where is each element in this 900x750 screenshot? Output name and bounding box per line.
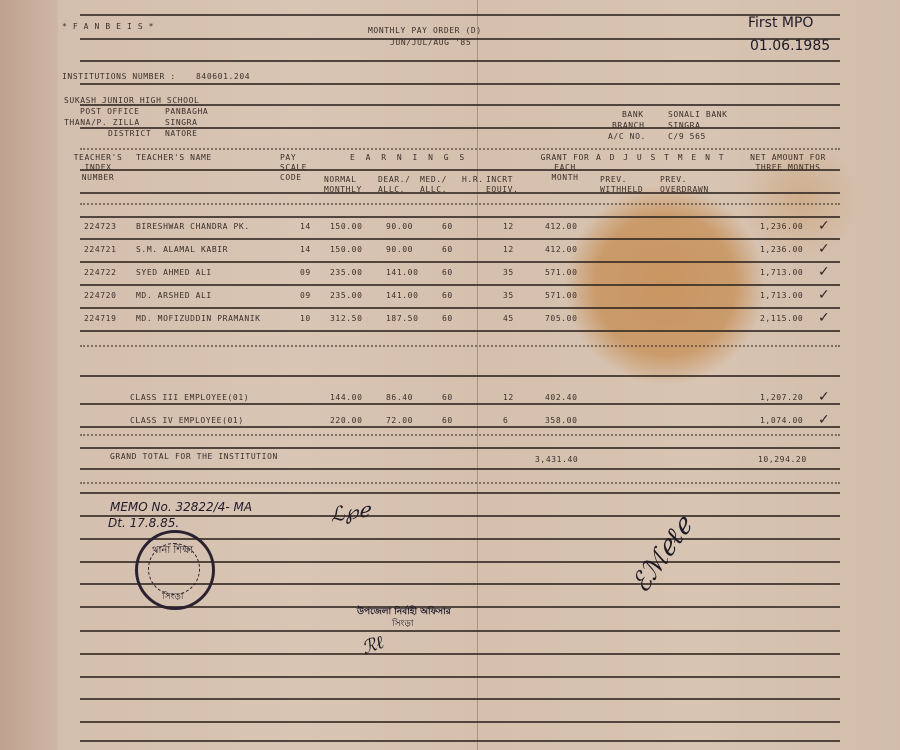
- row-dear-allc: 141.00: [386, 291, 419, 300]
- account-label: A/C NO.: [608, 132, 646, 141]
- class-grant: 402.40: [545, 393, 578, 402]
- class-employee-row: CLASS III EMPLOYEE(01)144.0086.406012402…: [0, 393, 900, 405]
- class-label: CLASS IV EMPLOYEE(01): [130, 416, 244, 425]
- row-index: 224720: [84, 291, 117, 300]
- row-name: MD. ARSHED ALI: [136, 291, 212, 300]
- signature-1: ℒ℘ℯ: [329, 497, 372, 526]
- office-code: * F A N B E I S *: [62, 22, 154, 31]
- header-pay-scale: PAY SCALE CODE: [280, 153, 324, 183]
- row-increment: 12: [503, 222, 514, 231]
- handwritten-date: 01.06.1985: [750, 38, 830, 54]
- row-net-amount: 1,236.00: [760, 222, 803, 231]
- header-grant: GRANT FOR EACH MONTH: [540, 153, 590, 183]
- header-house-rent: H.R.: [462, 175, 484, 184]
- signature-3: ℰℳℯℓℯ: [626, 512, 699, 599]
- row-index: 224723: [84, 222, 117, 231]
- class-normal-monthly: 144.00: [330, 393, 363, 402]
- grand-total-label: GRAND TOTAL FOR THE INSTITUTION: [110, 452, 278, 461]
- row-pay-scale: 14: [300, 222, 311, 231]
- post-office: PANBAGHA: [165, 107, 208, 116]
- account-number: C/9 565: [668, 132, 706, 141]
- class-net-amount: 1,207.20: [760, 393, 803, 402]
- header-normal-monthly: NORMAL MONTHLY: [324, 175, 372, 195]
- header-increment: INCRT EQUIV.: [486, 175, 526, 195]
- header-dear-allc: DEAR./ ALLC.: [378, 175, 416, 195]
- row-normal-monthly: 312.50: [330, 314, 363, 323]
- bank-label: BANK: [622, 110, 644, 119]
- district: NATORE: [165, 129, 198, 138]
- row-pay-scale: 09: [300, 291, 311, 300]
- check-mark-icon: ✓: [818, 264, 830, 280]
- row-increment: 12: [503, 245, 514, 254]
- row-grant: 412.00: [545, 245, 578, 254]
- branch-label: BRANCH: [612, 121, 645, 130]
- institution-number: 840601.204: [196, 72, 250, 81]
- check-mark-icon: ✓: [818, 241, 830, 257]
- table-row: 224719MD. MOFIZUDDIN PRAMANIK10312.50187…: [0, 314, 900, 326]
- check-mark-icon: ✓: [818, 310, 830, 326]
- table-row: 224722SYED AHMED ALI09235.00141.00603557…: [0, 268, 900, 280]
- class-med-allc: 60: [442, 416, 453, 425]
- institution-number-label: INSTITUTIONS NUMBER :: [62, 72, 176, 81]
- check-mark-icon: ✓: [818, 287, 830, 303]
- check-mark-icon: ✓: [818, 412, 830, 428]
- row-med-allc: 60: [442, 245, 453, 254]
- thana-label: THANA/P. ZILLA: [64, 118, 140, 127]
- row-dear-allc: 141.00: [386, 268, 419, 277]
- official-seal: থানা শিক্ষা সিংড়া: [135, 530, 215, 610]
- order-title: MONTHLY PAY ORDER (D): [368, 26, 482, 35]
- pay-order-document: * F A N B E I S * MONTHLY PAY ORDER (D) …: [0, 0, 900, 750]
- table-row: 224720MD. ARSHED ALI09235.00141.00603557…: [0, 291, 900, 303]
- row-dear-allc: 187.50: [386, 314, 419, 323]
- branch: SINGRA: [668, 121, 701, 130]
- class-normal-monthly: 220.00: [330, 416, 363, 425]
- row-normal-monthly: 150.00: [330, 222, 363, 231]
- row-grant: 412.00: [545, 222, 578, 231]
- row-increment: 35: [503, 291, 514, 300]
- class-dear-allc: 72.00: [386, 416, 413, 425]
- header-prev-overdrawn: PREV. OVERDRAWN: [660, 175, 720, 195]
- row-normal-monthly: 235.00: [330, 268, 363, 277]
- row-grant: 571.00: [545, 268, 578, 277]
- row-index: 224719: [84, 314, 117, 323]
- row-pay-scale: 10: [300, 314, 311, 323]
- row-index: 224721: [84, 245, 117, 254]
- row-med-allc: 60: [442, 268, 453, 277]
- row-grant: 705.00: [545, 314, 578, 323]
- row-normal-monthly: 235.00: [330, 291, 363, 300]
- row-name: SYED AHMED ALI: [136, 268, 212, 277]
- row-grant: 571.00: [545, 291, 578, 300]
- memo-number: MEMO No. 32822/4- MA: [110, 500, 252, 514]
- row-normal-monthly: 150.00: [330, 245, 363, 254]
- district-label: DISTRICT: [108, 129, 151, 138]
- row-pay-scale: 14: [300, 245, 311, 254]
- scan-edge: [0, 0, 58, 750]
- row-dear-allc: 90.00: [386, 222, 413, 231]
- class-increment: 6: [503, 416, 508, 425]
- header-prev-withheld: PREV. WITHHELD: [600, 175, 650, 195]
- header-med-allc: MED./ ALLC.: [420, 175, 458, 195]
- row-name: MD. MOFIZUDDIN PRAMANIK: [136, 314, 261, 323]
- header-index: TEACHER'S INDEX NUMBER: [66, 153, 130, 183]
- grand-total-net: 10,294.20: [758, 455, 807, 464]
- row-increment: 35: [503, 268, 514, 277]
- header-earnings: E A R N I N G S: [350, 153, 467, 162]
- row-increment: 45: [503, 314, 514, 323]
- memo-date: Dt. 17.8.85.: [108, 516, 179, 530]
- institution-name: SUKASH JUNIOR HIGH SCHOOL: [64, 96, 199, 105]
- class-increment: 12: [503, 393, 514, 402]
- table-row: 224721S.M. ALAMAL KABIR14150.0090.006012…: [0, 245, 900, 257]
- row-net-amount: 1,236.00: [760, 245, 803, 254]
- post-office-label: POST OFFICE: [80, 107, 140, 116]
- row-med-allc: 60: [442, 291, 453, 300]
- table-row: 224723BIRESHWAR CHANDRA PK.14150.0090.00…: [0, 222, 900, 234]
- row-index: 224722: [84, 268, 117, 277]
- row-med-allc: 60: [442, 314, 453, 323]
- row-net-amount: 2,115.00: [760, 314, 803, 323]
- pay-period: JUN/JUL/AUG '85: [390, 38, 471, 47]
- thana: SINGRA: [165, 118, 198, 127]
- check-mark-icon: ✓: [818, 218, 830, 234]
- officer-place: সিংড়া: [392, 616, 413, 631]
- header-adjustment: A D J U S T M E N T: [596, 153, 726, 162]
- class-label: CLASS III EMPLOYEE(01): [130, 393, 249, 402]
- class-employee-row: CLASS IV EMPLOYEE(01)220.0072.00606358.0…: [0, 416, 900, 428]
- class-net-amount: 1,074.00: [760, 416, 803, 425]
- row-pay-scale: 09: [300, 268, 311, 277]
- class-dear-allc: 86.40: [386, 393, 413, 402]
- row-net-amount: 1,713.00: [760, 268, 803, 277]
- row-name: S.M. ALAMAL KABIR: [136, 245, 228, 254]
- grand-total-grant: 3,431.40: [535, 455, 578, 464]
- header-name: TEACHER'S NAME: [136, 153, 212, 162]
- class-med-allc: 60: [442, 393, 453, 402]
- bank-name: SONALI BANK: [668, 110, 728, 119]
- class-grant: 358.00: [545, 416, 578, 425]
- handwritten-title: First MPO: [748, 15, 813, 31]
- header-net-amount: NET AMOUNT FOR THREE MONTHS: [748, 153, 828, 173]
- row-dear-allc: 90.00: [386, 245, 413, 254]
- row-med-allc: 60: [442, 222, 453, 231]
- check-mark-icon: ✓: [818, 389, 830, 405]
- signature-2: ℛℓ: [359, 632, 387, 659]
- row-name: BIRESHWAR CHANDRA PK.: [136, 222, 250, 231]
- row-net-amount: 1,713.00: [760, 291, 803, 300]
